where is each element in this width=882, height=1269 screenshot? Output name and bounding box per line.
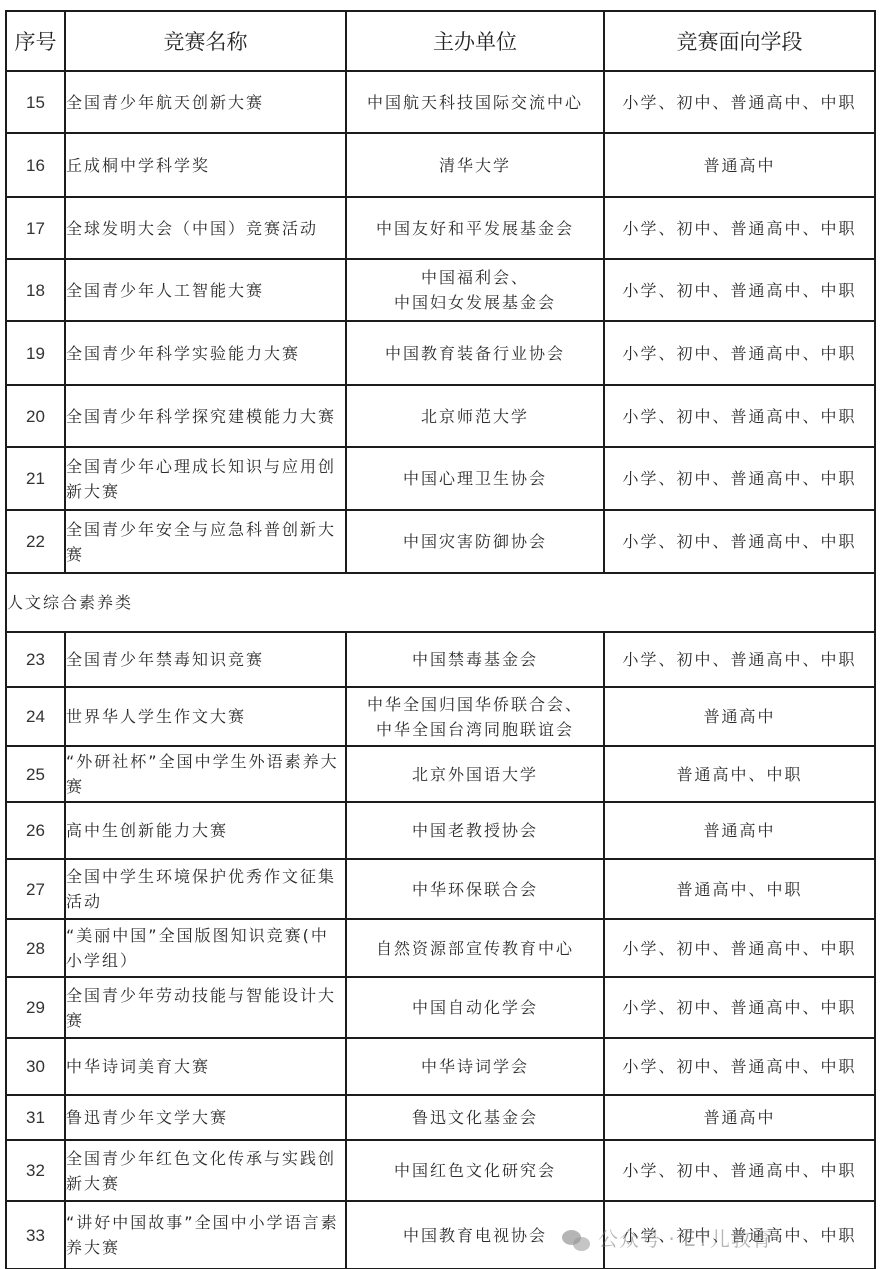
table-row: 26高中生创新能力大赛中国老教授协会普通高中 [6, 802, 875, 859]
grade-level: 小学、初中、普通高中、中职 [604, 977, 875, 1038]
competition-name: 全国青少年科学探究建模能力大赛 [65, 385, 346, 447]
header-organizer: 主办单位 [346, 11, 604, 71]
grade-level: 小学、初中、普通高中、中职 [604, 1140, 875, 1201]
grade-level: 小学、初中、普通高中、中职 [604, 447, 875, 510]
row-number: 21 [6, 447, 65, 510]
table-body-science: 15全国青少年航天创新大赛中国航天科技国际交流中心小学、初中、普通高中、中职16… [6, 71, 875, 573]
organizer: 中国航天科技国际交流中心 [346, 71, 604, 133]
competition-name: “讲好中国故事”全国中小学语言素养大赛 [65, 1201, 346, 1269]
table-row: 31鲁迅青少年文学大赛鲁迅文化基金会普通高中 [6, 1095, 875, 1140]
row-number: 29 [6, 977, 65, 1038]
competition-name: 鲁迅青少年文学大赛 [65, 1095, 346, 1140]
grade-level: 普通高中、中职 [604, 859, 875, 919]
grade-level: 普通高中 [604, 133, 875, 197]
row-number: 26 [6, 802, 65, 859]
table-row: 32全国青少年红色文化传承与实践创新大赛中国红色文化研究会小学、初中、普通高中、… [6, 1140, 875, 1201]
grade-level: 小学、初中、普通高中、中职 [604, 197, 875, 259]
organizer: 鲁迅文化基金会 [346, 1095, 604, 1140]
table-row: 19全国青少年科学实验能力大赛中国教育装备行业协会小学、初中、普通高中、中职 [6, 321, 875, 385]
competition-name: “美丽中国”全国版图知识竞赛(中小学组） [65, 919, 346, 977]
competition-name: 全球发明大会（中国）竞赛活动 [65, 197, 346, 259]
competition-name: 全国青少年禁毒知识竞赛 [65, 632, 346, 687]
row-number: 25 [6, 746, 65, 802]
organizer: 中国友好和平发展基金会 [346, 197, 604, 259]
grade-level: 小学、初中、普通高中、中职 [604, 321, 875, 385]
row-number: 32 [6, 1140, 65, 1201]
organizer: 北京师范大学 [346, 385, 604, 447]
table-body-humanities: 23全国青少年禁毒知识竞赛中国禁毒基金会小学、初中、普通高中、中职24世界华人学… [6, 632, 875, 1269]
row-number: 17 [6, 197, 65, 259]
table-row: 28“美丽中国”全国版图知识竞赛(中小学组）自然资源部宣传教育中心小学、初中、普… [6, 919, 875, 977]
grade-level: 普通高中 [604, 687, 875, 746]
table-row: 27全国中学生环境保护优秀作文征集活动中华环保联合会普通高中、中职 [6, 859, 875, 919]
row-number: 30 [6, 1038, 65, 1095]
row-number: 16 [6, 133, 65, 197]
row-number: 23 [6, 632, 65, 687]
organizer: 中国教育装备行业协会 [346, 321, 604, 385]
organizer: 中国老教授协会 [346, 802, 604, 859]
grade-level: 小学、初中、普通高中、中职 [604, 510, 875, 573]
organizer: 中国教育电视协会 [346, 1201, 604, 1269]
row-number: 20 [6, 385, 65, 447]
organizer: 清华大学 [346, 133, 604, 197]
table-row: 17全球发明大会（中国）竞赛活动中国友好和平发展基金会小学、初中、普通高中、中职 [6, 197, 875, 259]
grade-level: 小学、初中、普通高中、中职 [604, 71, 875, 133]
competition-name: 全国中学生环境保护优秀作文征集活动 [65, 859, 346, 919]
organizer: 中国自动化学会 [346, 977, 604, 1038]
row-number: 24 [6, 687, 65, 746]
row-number: 27 [6, 859, 65, 919]
row-number: 18 [6, 259, 65, 321]
table-row: 33“讲好中国故事”全国中小学语言素养大赛中国教育电视协会小学、初中、普通高中、… [6, 1201, 875, 1269]
organizer: 中国福利会、 中国妇女发展基金会 [346, 259, 604, 321]
header-grade: 竞赛面向学段 [604, 11, 875, 71]
row-number: 19 [6, 321, 65, 385]
header-row: 序号 竞赛名称 主办单位 竞赛面向学段 [6, 11, 875, 71]
table-row: 29全国青少年劳动技能与智能设计大赛中国自动化学会小学、初中、普通高中、中职 [6, 977, 875, 1038]
grade-level: 普通高中 [604, 802, 875, 859]
competition-name: 全国青少年红色文化传承与实践创新大赛 [65, 1140, 346, 1201]
section-label: 人文综合素养类 [6, 573, 875, 632]
competition-name: 世界华人学生作文大赛 [65, 687, 346, 746]
competition-name: 全国青少年航天创新大赛 [65, 71, 346, 133]
row-number: 15 [6, 71, 65, 133]
header-name: 竞赛名称 [65, 11, 346, 71]
row-number: 28 [6, 919, 65, 977]
table-row: 21全国青少年心理成长知识与应用创新大赛中国心理卫生协会小学、初中、普通高中、中… [6, 447, 875, 510]
competition-name: 全国青少年科学实验能力大赛 [65, 321, 346, 385]
competition-name: 全国青少年人工智能大赛 [65, 259, 346, 321]
organizer: 中国红色文化研究会 [346, 1140, 604, 1201]
table-row: 30中华诗词美育大赛中华诗词学会小学、初中、普通高中、中职 [6, 1038, 875, 1095]
competition-name: 全国青少年安全与应急科普创新大赛 [65, 510, 346, 573]
organizer: 中华诗词学会 [346, 1038, 604, 1095]
organizer: 自然资源部宣传教育中心 [346, 919, 604, 977]
organizer: 中国心理卫生协会 [346, 447, 604, 510]
organizer: 中国禁毒基金会 [346, 632, 604, 687]
competition-name: 中华诗词美育大赛 [65, 1038, 346, 1095]
competition-name: 全国青少年心理成长知识与应用创新大赛 [65, 447, 346, 510]
organizer: 北京外国语大学 [346, 746, 604, 802]
organizer: 中华全国归国华侨联合会、 中华全国台湾同胞联谊会 [346, 687, 604, 746]
grade-level: 普通高中、中职 [604, 746, 875, 802]
grade-level: 小学、初中、普通高中、中职 [604, 1038, 875, 1095]
table-row: 24世界华人学生作文大赛中华全国归国华侨联合会、 中华全国台湾同胞联谊会普通高中 [6, 687, 875, 746]
row-number: 22 [6, 510, 65, 573]
competition-name: 全国青少年劳动技能与智能设计大赛 [65, 977, 346, 1038]
organizer: 中华环保联合会 [346, 859, 604, 919]
table-row: 16丘成桐中学科学奖清华大学普通高中 [6, 133, 875, 197]
grade-level: 小学、初中、普通高中、中职 [604, 385, 875, 447]
section-row: 人文综合素养类 [6, 573, 875, 632]
grade-level: 小学、初中、普通高中、中职 [604, 1201, 875, 1269]
table-row: 18全国青少年人工智能大赛中国福利会、 中国妇女发展基金会小学、初中、普通高中、… [6, 259, 875, 321]
organizer: 中国灾害防御协会 [346, 510, 604, 573]
competition-name: “外研社杯”全国中学生外语素养大赛 [65, 746, 346, 802]
grade-level: 小学、初中、普通高中、中职 [604, 632, 875, 687]
table-row: 15全国青少年航天创新大赛中国航天科技国际交流中心小学、初中、普通高中、中职 [6, 71, 875, 133]
table-row: 20全国青少年科学探究建模能力大赛北京师范大学小学、初中、普通高中、中职 [6, 385, 875, 447]
row-number: 33 [6, 1201, 65, 1269]
row-number: 31 [6, 1095, 65, 1140]
table-row: 22全国青少年安全与应急科普创新大赛中国灾害防御协会小学、初中、普通高中、中职 [6, 510, 875, 573]
competition-table: 序号 竞赛名称 主办单位 竞赛面向学段 15全国青少年航天创新大赛中国航天科技国… [5, 10, 876, 1269]
competition-name: 高中生创新能力大赛 [65, 802, 346, 859]
table-row: 23全国青少年禁毒知识竞赛中国禁毒基金会小学、初中、普通高中、中职 [6, 632, 875, 687]
grade-level: 普通高中 [604, 1095, 875, 1140]
competition-name: 丘成桐中学科学奖 [65, 133, 346, 197]
grade-level: 小学、初中、普通高中、中职 [604, 919, 875, 977]
table-row: 25“外研社杯”全国中学生外语素养大赛北京外国语大学普通高中、中职 [6, 746, 875, 802]
grade-level: 小学、初中、普通高中、中职 [604, 259, 875, 321]
header-number: 序号 [6, 11, 65, 71]
